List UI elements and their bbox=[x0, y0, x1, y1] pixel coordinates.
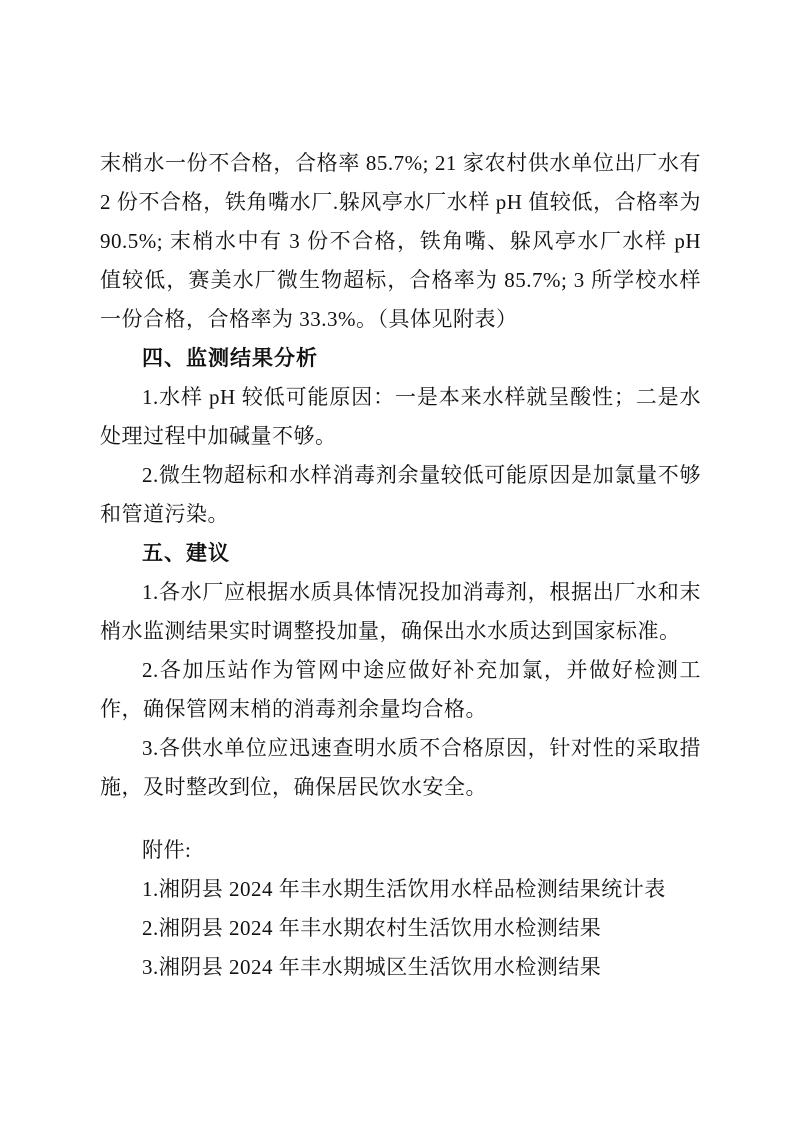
blank-line-spacer bbox=[100, 807, 701, 831]
paragraph-pass-rate-summary: 末梢水一份不合格，合格率 85.7%; 21 家农村供水单位出厂水有 2 份不合… bbox=[100, 144, 701, 339]
section-heading-analysis: 四、监测结果分析 bbox=[100, 339, 701, 378]
document-content: 末梢水一份不合格，合格率 85.7%; 21 家农村供水单位出厂水有 2 份不合… bbox=[100, 144, 701, 987]
section-heading-suggestions: 五、建议 bbox=[100, 534, 701, 573]
attachments-label: 附件: bbox=[100, 831, 701, 870]
document-page: 末梢水一份不合格，合格率 85.7%; 21 家农村供水单位出厂水有 2 份不合… bbox=[0, 0, 793, 1122]
paragraph-suggestion-item-1: 1.各水厂应根据水质具体情况投加消毒剂，根据出厂水和末梢水监测结果实时调整投加量… bbox=[100, 573, 701, 651]
paragraph-suggestion-item-3: 3.各供水单位应迅速查明水质不合格原因，针对性的采取措施，及时整改到位，确保居民… bbox=[100, 729, 701, 807]
attachment-item-1: 1.湘阴县 2024 年丰水期生活饮用水样品检测结果统计表 bbox=[100, 870, 701, 909]
attachment-item-3: 3.湘阴县 2024 年丰水期城区生活饮用水检测结果 bbox=[100, 948, 701, 987]
paragraph-analysis-item-1: 1.水样 pH 较低可能原因：一是本来水样就呈酸性；二是水处理过程中加碱量不够。 bbox=[100, 378, 701, 456]
attachment-item-2: 2.湘阴县 2024 年丰水期农村生活饮用水检测结果 bbox=[100, 909, 701, 948]
paragraph-analysis-item-2: 2.微生物超标和水样消毒剂余量较低可能原因是加氯量不够和管道污染。 bbox=[100, 456, 701, 534]
paragraph-suggestion-item-2: 2.各加压站作为管网中途应做好补充加氯，并做好检测工作，确保管网末梢的消毒剂余量… bbox=[100, 651, 701, 729]
